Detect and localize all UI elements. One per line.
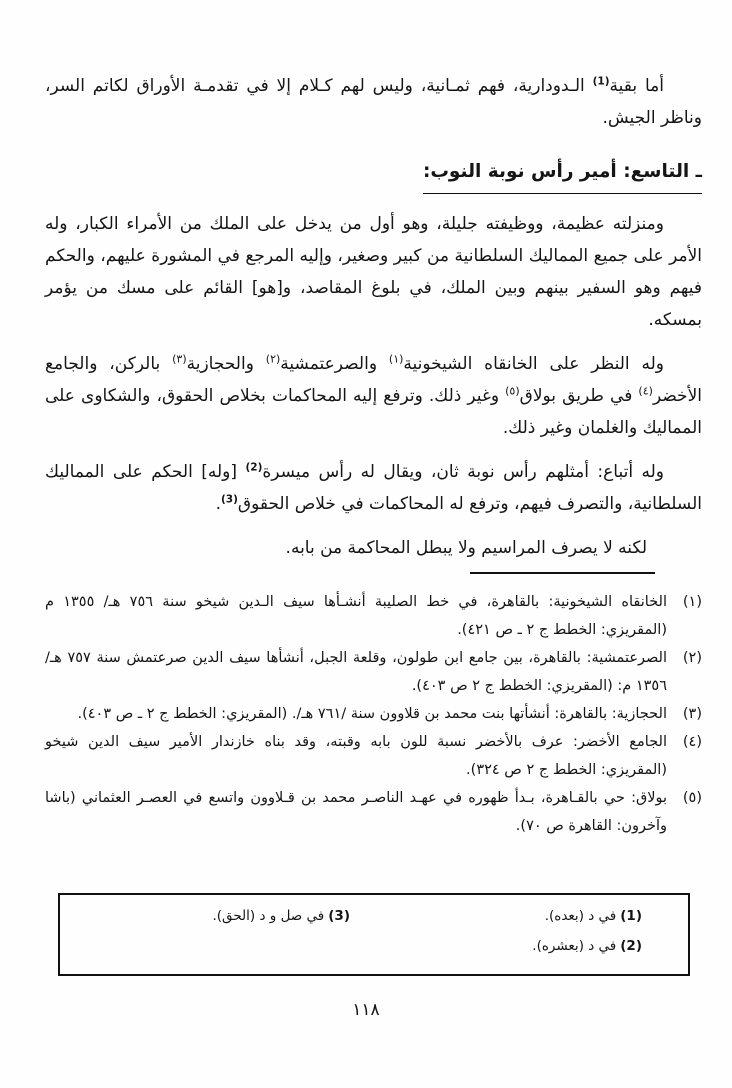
footnote-4-text: الجامع الأخضر: عرف بالأخضر نسبة للون باب… — [45, 728, 667, 784]
variants-right-column: (1)في د (بعده). (2)في د (بعشره). — [350, 901, 642, 974]
variant-entry-3-text: في صل و د (الحق). — [213, 908, 325, 924]
footnote-3: (٣) الحجازية: بالقاهرة: أنشأتها بنت محمد… — [45, 700, 702, 728]
manuscript-variants-box: (1)في د (بعده). (2)في د (بعشره). (3)في ص… — [58, 893, 690, 976]
footnote-4: (٤) الجامع الأخضر: عرف بالأخضر نسبة للون… — [45, 728, 702, 784]
variant-entry-1: (1)في د (بعده). — [350, 901, 642, 931]
variant-entry-2: (2)في د (بعشره). — [350, 931, 642, 961]
footnote-2-text: الصرعتمشية: بالقاهرة، بين جامع ابن طولون… — [45, 644, 667, 700]
variant-entry-3-number: (3) — [328, 908, 350, 924]
variant-entry-2-number: (2) — [620, 938, 642, 954]
footnote-1-marker: (١) — [674, 588, 702, 644]
footnote-separator-rule — [470, 572, 655, 574]
variants-left-column: (3)في صل و د (الحق). — [80, 901, 350, 974]
footnotes-section: (١) الخانقاه الشيخونية: بالقاهرة، في خط … — [0, 588, 732, 840]
paragraph-dawadariya: أما بقية(1) الـدودارية، فهم ثمـانية، ولي… — [45, 70, 702, 134]
main-text: أما بقية(1) الـدودارية، فهم ثمـانية، ولي… — [0, 0, 732, 574]
book-page: أما بقية(1) الـدودارية، فهم ثمـانية، ولي… — [0, 0, 732, 1088]
paragraph-followers: وله أتباع: أمثلهم رأس نوبة ثان، ويقال له… — [45, 456, 702, 520]
footnote-3-marker: (٣) — [674, 700, 702, 728]
footnote-5: (٥) بولاق: حي بالقـاهرة، بـدأ ظهوره في ع… — [45, 784, 702, 840]
section-heading: ـ التاسع: أمير رأس نوبة النوب: — [45, 156, 702, 194]
page-number: ١١٨ — [0, 1000, 732, 1020]
footnote-2-marker: (٢) — [674, 644, 702, 700]
variant-entry-3: (3)في صل و د (الحق). — [80, 901, 350, 931]
footnote-3-text: الحجازية: بالقاهرة: أنشأتها بنت محمد بن … — [45, 700, 667, 728]
footnote-1-text: الخانقاه الشيخونية: بالقاهرة، في خط الصل… — [45, 588, 667, 644]
footnote-5-marker: (٥) — [674, 784, 702, 840]
footnote-2: (٢) الصرعتمشية: بالقاهرة، بين جامع ابن ط… — [45, 644, 702, 700]
variant-entry-1-text: في د (بعده). — [545, 908, 617, 924]
variant-entry-2-text: في د (بعشره). — [532, 938, 616, 954]
footnote-1: (١) الخانقاه الشيخونية: بالقاهرة، في خط … — [45, 588, 702, 644]
section-heading-text: ـ التاسع: أمير رأس نوبة النوب: — [423, 156, 702, 194]
paragraph-limitation: لكنه لا يصرف المراسيم ولا يبطل المحاكمة … — [45, 532, 702, 564]
footnote-5-text: بولاق: حي بالقـاهرة، بـدأ ظهوره في عهـد … — [45, 784, 667, 840]
variant-entry-1-number: (1) — [620, 908, 642, 924]
paragraph-rank-description: ومنزلته عظيمة، ووظيفته جليلة، وهو أول من… — [45, 208, 702, 336]
paragraph-supervision: وله النظر على الخانقاه الشيخونية(١) والص… — [45, 348, 702, 444]
footnote-4-marker: (٤) — [674, 728, 702, 784]
